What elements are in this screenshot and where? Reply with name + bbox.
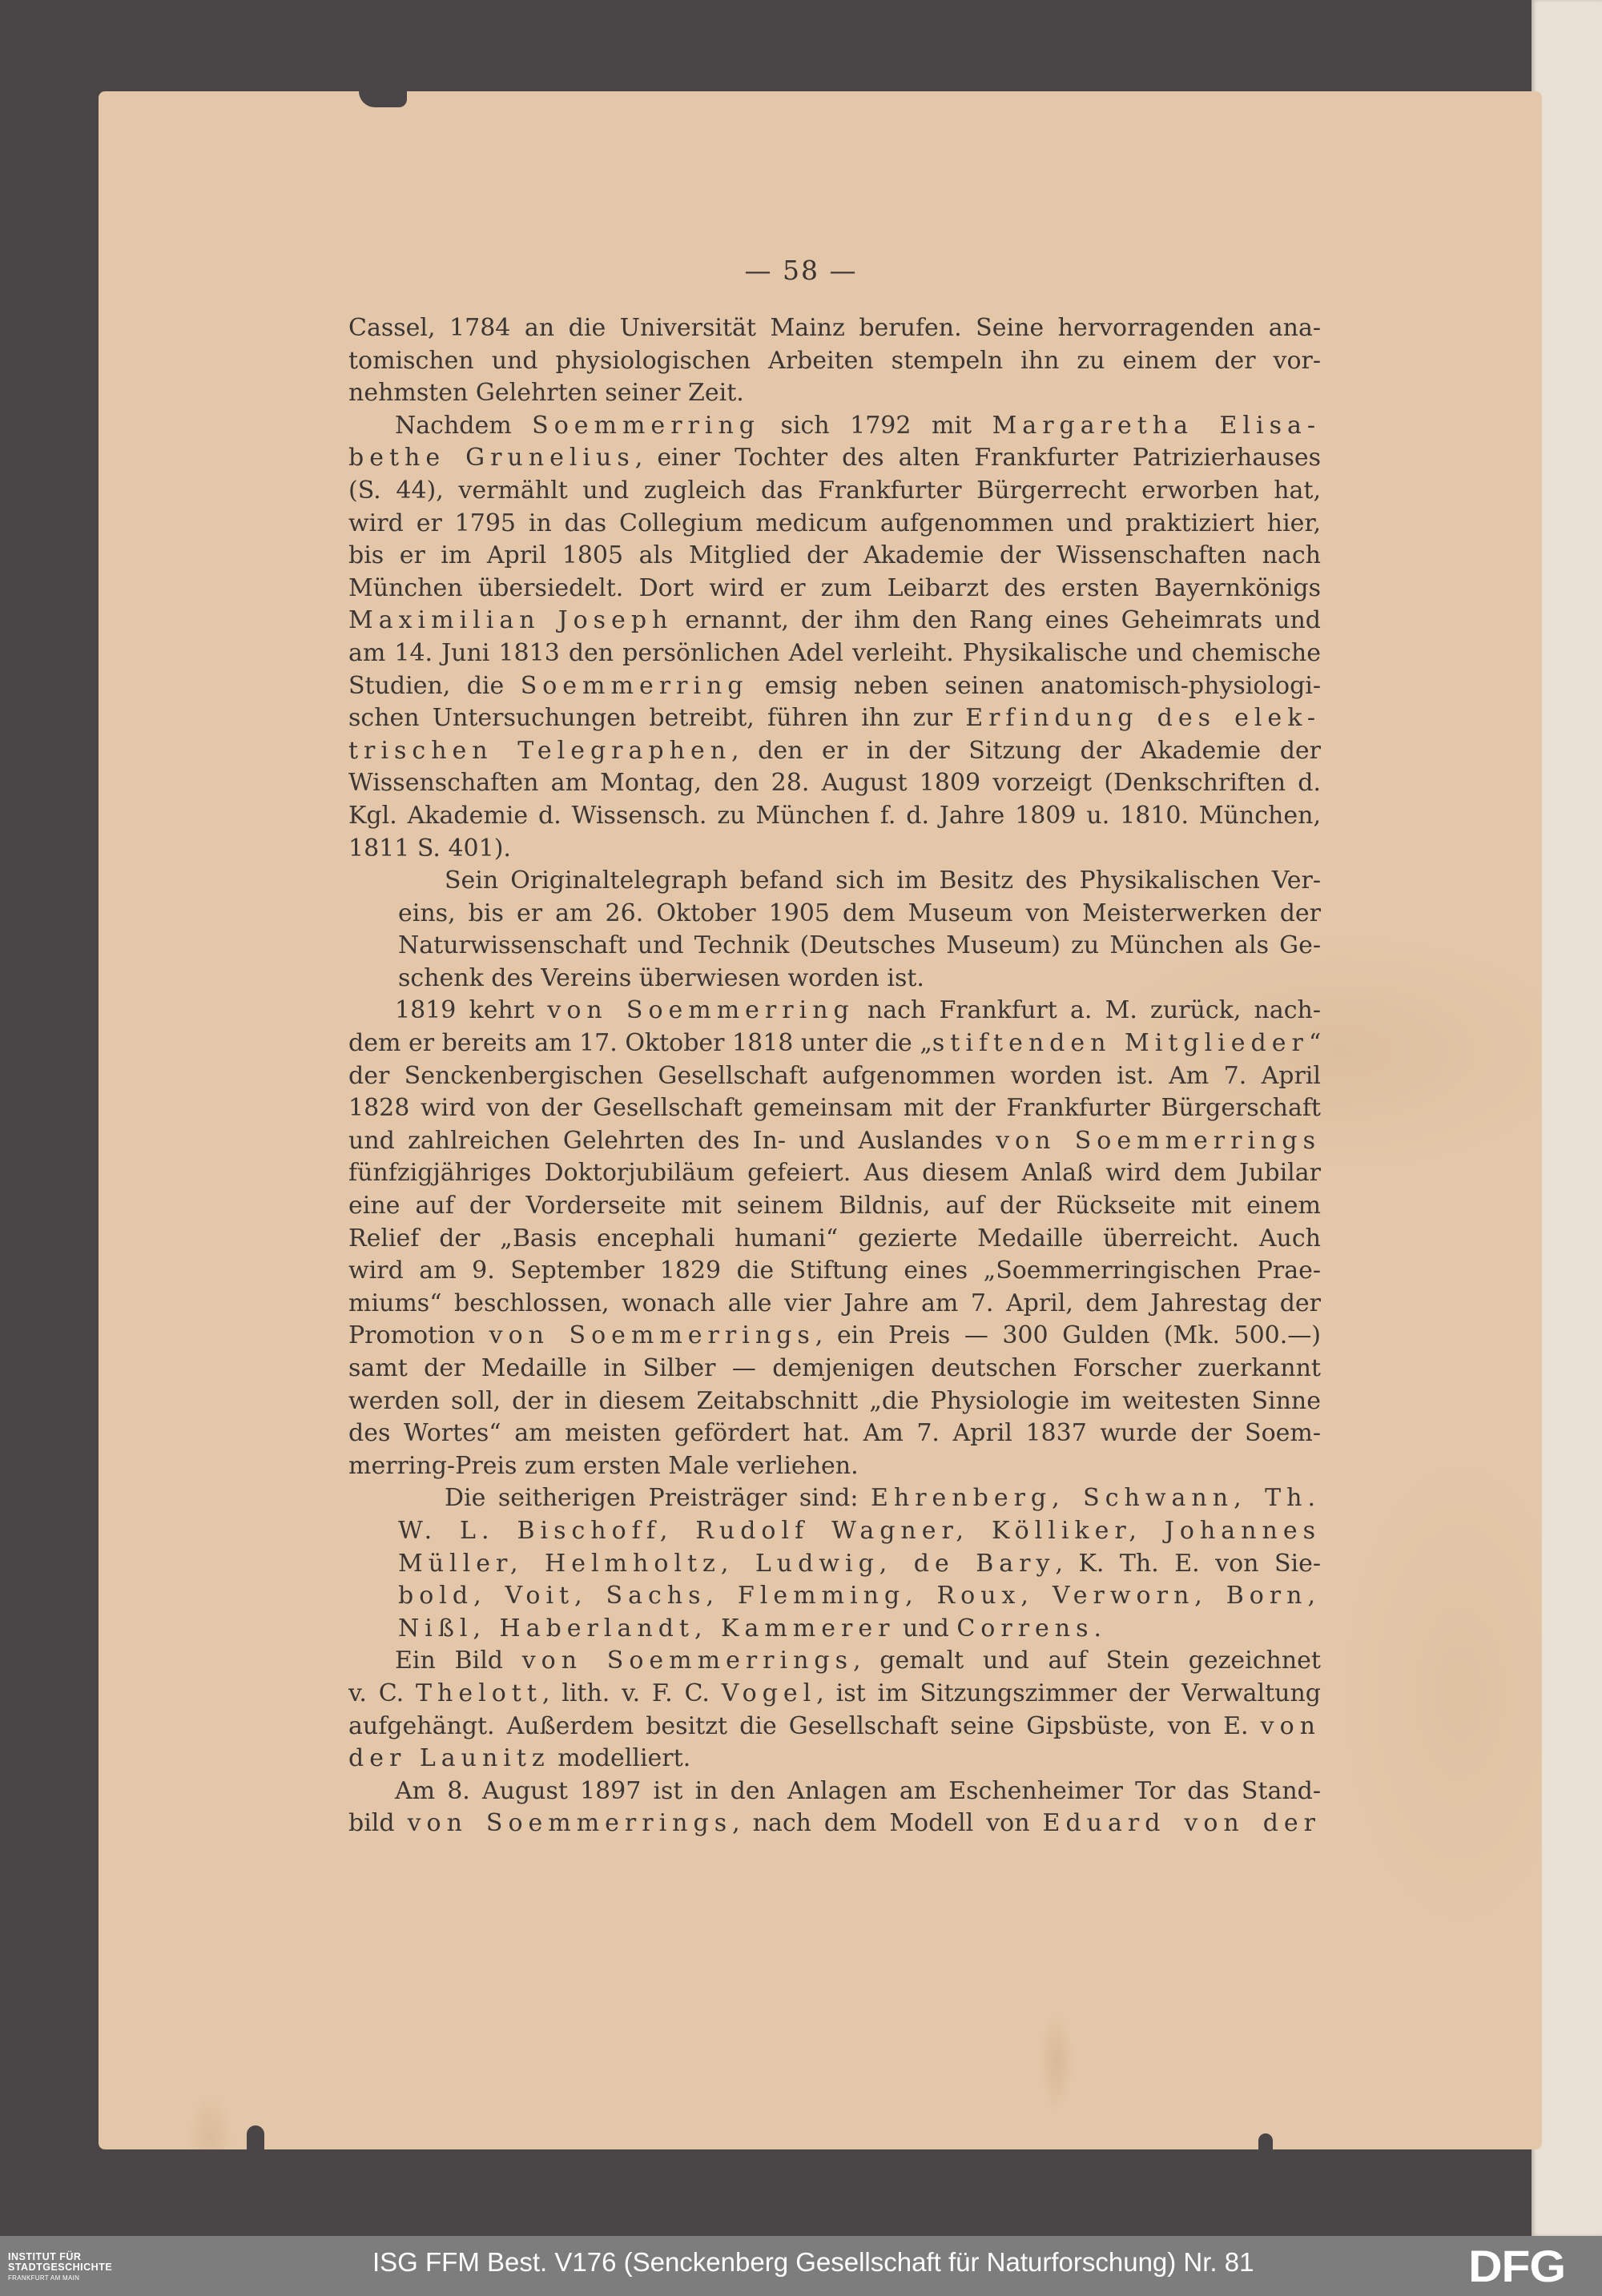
adjacent-page-edge xyxy=(1532,0,1602,2236)
emphasized-name: Soemmerring xyxy=(521,672,749,700)
emphasized-name: Eduard von der xyxy=(1043,1809,1321,1837)
emphasized-name: von Soemmerrings xyxy=(408,1809,733,1837)
text-run: tomischen und physiologischen Arbeiten s… xyxy=(348,347,1321,375)
text-line: wird am 9. September 1829 die Stiftung e… xyxy=(348,1255,1321,1288)
text-run: wird er 1795 in das Collegium medicum au… xyxy=(348,509,1321,537)
emphasized-name: Vogel xyxy=(722,1679,817,1707)
text-line: Wissenschaften am Montag, den 28. August… xyxy=(348,767,1321,800)
emphasized-name: bethe Grunelius xyxy=(348,444,635,472)
text-line: Die seitherigen Preisträger sind: Ehrenb… xyxy=(398,1482,1321,1515)
text-run: “ xyxy=(1309,1029,1321,1057)
text-line: Müller, Helmholtz, Ludwig, de Bary, K. T… xyxy=(398,1548,1321,1581)
text-run: Sein Originaltelegraph befand sich im Be… xyxy=(445,867,1321,895)
page-number: — 58 — xyxy=(0,255,1602,286)
text-run: merring-Preis zum ersten Male verliehen. xyxy=(348,1452,859,1480)
text-line: dem er bereits am 17. Oktober 1818 unter… xyxy=(348,1027,1321,1060)
emphasized-name: Correns xyxy=(956,1614,1093,1643)
text-line: der Launitz modelliert. xyxy=(348,1743,1321,1775)
text-line: wird er 1795 in das Collegium medicum au… xyxy=(348,508,1321,541)
dfg-logo[interactable]: DFG xyxy=(1468,2244,1565,2289)
text-run: Promotion xyxy=(348,1321,489,1349)
text-run: , lith. v. F. C. xyxy=(542,1679,722,1707)
document-signature-title: ISG FFM Best. V176 (Senckenberg Gesellsc… xyxy=(372,2247,1254,2278)
emphasized-name: Müller, Helmholtz, Ludwig, de Bary xyxy=(398,1550,1055,1578)
text-line: bis er im April 1805 als Mitglied der Ak… xyxy=(348,540,1321,573)
text-run: aufgehängt. Außerdem besitzt die Gesells… xyxy=(348,1712,1261,1740)
paper-tear xyxy=(359,91,407,107)
text-run: schen Untersuchungen betreibt, führen ih… xyxy=(348,704,965,732)
paragraph: Nachdem Soemmerring sich 1792 mit Margar… xyxy=(348,410,1321,865)
text-line: Ein Bild von Soemmerrings, gemalt und au… xyxy=(348,1645,1321,1678)
emphasized-name: von xyxy=(1261,1712,1321,1740)
text-line: W. L. Bischoff, Rudolf Wagner, Kölliker,… xyxy=(398,1515,1321,1548)
text-run: v. C. xyxy=(348,1679,416,1707)
text-line: des Wortes“ am meisten gefördert hat. Am… xyxy=(348,1417,1321,1450)
text-line: tomischen und physiologischen Arbeiten s… xyxy=(348,345,1321,378)
text-run: Kgl. Akademie d. Wissensch. zu München f… xyxy=(348,802,1321,830)
text-run: modelliert. xyxy=(550,1744,690,1772)
emphasized-name: Erfindung des elek- xyxy=(965,704,1321,732)
text-line: Studien, die Soemmerring emsig neben sei… xyxy=(348,670,1321,703)
text-run: miums“ beschlossen, wonach alle vier Jah… xyxy=(348,1289,1321,1317)
text-run: , nach dem Modell von xyxy=(732,1809,1042,1837)
emphasized-name: trischen Telegraphen xyxy=(348,737,731,765)
emphasized-name: von Soemmerrings xyxy=(489,1321,815,1349)
text-line: 1819 kehrt von Soemmerring nach Frankfur… xyxy=(348,995,1321,1027)
paragraph: Ein Bild von Soemmerrings, gemalt und au… xyxy=(348,1645,1321,1775)
text-run: und xyxy=(895,1614,956,1643)
text-run: Nachdem xyxy=(395,412,532,440)
text-line: bold, Voit, Sachs, Flemming, Roux, Verwo… xyxy=(398,1580,1321,1613)
text-line: samt der Medaille in Silber — demjenigen… xyxy=(348,1353,1321,1385)
emphasized-name: W. L. Bischoff, Rudolf Wagner, Kölliker,… xyxy=(398,1517,1321,1545)
text-run: 1811 S. 401). xyxy=(348,834,511,863)
text-line: Am 8. August 1897 ist in den Anlagen am … xyxy=(348,1775,1321,1808)
text-run: der Senckenbergischen Gesellschaft aufge… xyxy=(348,1062,1321,1090)
text-run: Am 8. August 1897 ist in den Anlagen am … xyxy=(395,1777,1321,1805)
text-run: 1828 wird von der Gesellschaft gemeinsam… xyxy=(348,1094,1321,1122)
text-run: , gemalt und auf Stein gezeichnet xyxy=(853,1647,1321,1675)
text-run: Studien, die xyxy=(348,672,521,700)
text-run: München übersiedelt. Dort wird er zum Le… xyxy=(348,574,1321,602)
text-run: werden soll, der in diesem Zeitabschnitt… xyxy=(348,1387,1321,1415)
paragraph: Am 8. August 1897 ist in den Anlagen am … xyxy=(348,1775,1321,1840)
text-line: Sein Originaltelegraph befand sich im Be… xyxy=(398,865,1321,898)
emphasized-name: der Launitz xyxy=(348,1744,550,1772)
text-run: emsig neben seinen anatomisch-physiologi… xyxy=(749,672,1322,700)
text-line: Relief der „Basis encephali humani“ gezi… xyxy=(348,1223,1321,1256)
text-run: eine auf der Vorderseite mit seinem Bild… xyxy=(348,1192,1321,1220)
text-line: Kgl. Akademie d. Wissensch. zu München f… xyxy=(348,800,1321,833)
text-run: (S. 44), vermählt und zugleich das Frank… xyxy=(348,476,1321,505)
footer-bar: INSTITUT FÜR STADTGESCHICHTE FRANKFURT A… xyxy=(0,2236,1602,2296)
text-line: eine auf der Vorderseite mit seinem Bild… xyxy=(348,1190,1321,1223)
paper-tear xyxy=(1258,2133,1273,2149)
text-line: Nachdem Soemmerring sich 1792 mit Margar… xyxy=(348,410,1321,443)
text-run: , ein Preis — 300 Gulden (Mk. 500.—) xyxy=(815,1321,1321,1349)
emphasized-name: von Soemmerring xyxy=(547,996,854,1024)
text-line: eins, bis er am 26. Oktober 1905 dem Mus… xyxy=(398,898,1321,931)
text-run: schenk des Vereins überwiesen worden ist… xyxy=(398,964,924,992)
text-run: bild xyxy=(348,1809,408,1837)
text-line: bild von Soemmerrings, nach dem Modell v… xyxy=(348,1807,1321,1840)
text-line: München übersiedelt. Dort wird er zum Le… xyxy=(348,573,1321,605)
logo-line: FRANKFURT AM MAIN xyxy=(8,2273,112,2283)
text-run: und zahlreichen Gelehrten des In- und Au… xyxy=(348,1127,996,1155)
text-line: Promotion von Soemmerrings, ein Preis — … xyxy=(348,1320,1321,1353)
paragraph: 1819 kehrt von Soemmerring nach Frankfur… xyxy=(348,995,1321,1482)
text-run: Wissenschaften am Montag, den 28. August… xyxy=(348,769,1321,797)
text-line: aufgehängt. Außerdem besitzt die Gesells… xyxy=(348,1711,1321,1743)
text-line: Naturwissenschaft und Technik (Deutsches… xyxy=(398,930,1321,963)
text-line: nehmsten Gelehrten seiner Zeit. xyxy=(348,377,1321,410)
text-line: merring-Preis zum ersten Male verliehen. xyxy=(348,1450,1321,1483)
text-line: werden soll, der in diesem Zeitabschnitt… xyxy=(348,1385,1321,1418)
text-run: bis er im April 1805 als Mitglied der Ak… xyxy=(348,541,1321,569)
text-line: fünfzigjähriges Doktorjubiläum gefeiert.… xyxy=(348,1157,1321,1190)
text-run: Die seitherigen Preisträger sind: xyxy=(445,1484,871,1512)
text-run: am 14. Juni 1813 den persönlichen Adel v… xyxy=(348,639,1321,667)
text-line: Maximilian Joseph ernannt, der ihm den R… xyxy=(348,605,1321,637)
emphasized-name: von Soemmerrings xyxy=(996,1127,1321,1155)
text-run: 1819 kehrt xyxy=(395,996,547,1024)
text-line: 1828 wird von der Gesellschaft gemeinsam… xyxy=(348,1092,1321,1125)
text-run: nach Frankfurt a. M. zurück, nach- xyxy=(855,996,1321,1024)
text-line: Nißl, Haberlandt, Kammerer und Correns. xyxy=(398,1613,1321,1646)
emphasized-name: Margaretha Elisa- xyxy=(992,412,1321,440)
text-line: schen Untersuchungen betreibt, führen ih… xyxy=(348,702,1321,735)
emphasized-name: Ehrenberg, Schwann, Th. xyxy=(871,1484,1321,1512)
text-line: am 14. Juni 1813 den persönlichen Adel v… xyxy=(348,637,1321,670)
text-run: . xyxy=(1094,1614,1102,1643)
text-run: nehmsten Gelehrten seiner Zeit. xyxy=(348,379,744,407)
text-run: dem er bereits am 17. Oktober 1818 unter… xyxy=(348,1029,932,1057)
text-line: der Senckenbergischen Gesellschaft aufge… xyxy=(348,1060,1321,1093)
text-run: des Wortes“ am meisten gefördert hat. Am… xyxy=(348,1419,1321,1447)
paper-tear xyxy=(247,2125,264,2149)
text-run: eins, bis er am 26. Oktober 1905 dem Mus… xyxy=(398,899,1321,927)
text-line: v. C. Thelott, lith. v. F. C. Vogel, ist… xyxy=(348,1678,1321,1711)
emphasized-name: Soemmerring xyxy=(532,412,760,440)
text-run: samt der Medaille in Silber — demjenigen… xyxy=(348,1354,1321,1382)
text-line: Cassel, 1784 an die Universität Mainz be… xyxy=(348,312,1321,345)
text-run: sich 1792 mit xyxy=(760,412,992,440)
page-body-text: Cassel, 1784 an die Universität Mainz be… xyxy=(348,312,1321,1840)
text-run: fünfzigjähriges Doktorjubiläum gefeiert.… xyxy=(348,1159,1321,1187)
paragraph: Cassel, 1784 an die Universität Mainz be… xyxy=(348,312,1321,410)
emphasized-name: Thelott xyxy=(416,1679,542,1707)
text-run: , ist im Sitzungszimmer der Verwaltung xyxy=(816,1679,1321,1707)
text-run: , K. Th. E. von Sie- xyxy=(1055,1550,1321,1578)
text-run: Relief der „Basis encephali humani“ gezi… xyxy=(348,1224,1321,1253)
text-line: schenk des Vereins überwiesen worden ist… xyxy=(398,963,1321,995)
emphasized-name: stiftenden Mitglieder xyxy=(932,1029,1309,1057)
text-run: , den er in der Sitzung der Akademie der xyxy=(731,737,1321,765)
emphasized-name: Nißl, Haberlandt, Kammerer xyxy=(398,1614,895,1643)
paragraph: Sein Originaltelegraph befand sich im Be… xyxy=(348,865,1321,995)
text-line: 1811 S. 401). xyxy=(348,833,1321,866)
paragraph: Die seitherigen Preisträger sind: Ehrenb… xyxy=(348,1482,1321,1645)
text-run: ernannt, der ihm den Rang eines Geheimra… xyxy=(673,606,1321,634)
emphasized-name: bold, Voit, Sachs, Flemming, Roux, Verwo… xyxy=(398,1582,1321,1610)
text-run: wird am 9. September 1829 die Stiftung e… xyxy=(348,1257,1321,1285)
text-run: Ein Bild xyxy=(395,1647,522,1675)
text-run: Cassel, 1784 an die Universität Mainz be… xyxy=(348,314,1321,342)
text-run: , einer Tochter des alten Frankfurter Pa… xyxy=(635,444,1321,472)
logo-line: STADTGESCHICHTE xyxy=(8,2262,112,2273)
institution-logo[interactable]: INSTITUT FÜR STADTGESCHICHTE FRANKFURT A… xyxy=(8,2252,112,2283)
text-line: trischen Telegraphen, den er in der Sitz… xyxy=(348,735,1321,768)
text-line: und zahlreichen Gelehrten des In- und Au… xyxy=(348,1125,1321,1158)
emphasized-name: von Soemmerrings xyxy=(522,1647,853,1675)
text-line: (S. 44), vermählt und zugleich das Frank… xyxy=(348,475,1321,508)
emphasized-name: Maximilian Joseph xyxy=(348,606,673,634)
text-run: Naturwissenschaft und Technik (Deutsches… xyxy=(398,931,1321,959)
text-line: miums“ beschlossen, wonach alle vier Jah… xyxy=(348,1288,1321,1321)
text-line: bethe Grunelius, einer Tochter des alten… xyxy=(348,442,1321,475)
